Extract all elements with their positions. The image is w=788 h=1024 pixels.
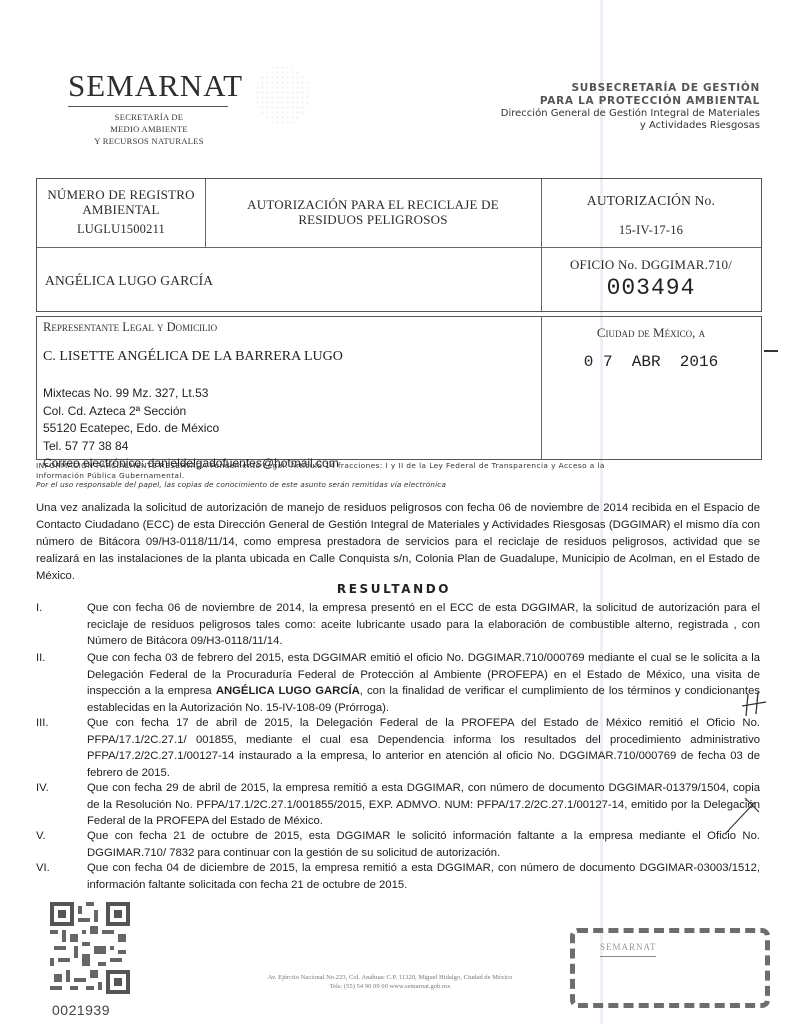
agency-direccion-cont: y Actividades Riesgosas	[501, 120, 760, 132]
resultando-item: VI. Que con fecha 04 de diciembre de 201…	[36, 860, 760, 893]
authorization-label: AUTORIZACIÓN No.	[541, 193, 761, 209]
stamp-label: SEMARNAT	[600, 942, 657, 952]
legal-notice-line: INFORMACIÓN PARCIALMENTE RESERVADA Funda…	[36, 461, 756, 471]
agency-heading: SUBSECRETARÍA DE GESTIÓN PARA LA PROTECC…	[501, 82, 760, 132]
item-text: Que con fecha 06 de noviembre de 2014, l…	[87, 600, 760, 650]
pen-mark	[764, 350, 778, 352]
company-name: ANGÉLICA LUGO GARCÍA	[45, 273, 213, 289]
oficio-label: OFICIO No. DGGIMAR.710/	[541, 257, 761, 273]
paper-notice: Por el uso responsable del papel, las co…	[36, 480, 756, 490]
item-number: IV.	[36, 780, 60, 797]
handwritten-mark-icon	[715, 790, 765, 840]
item-text: Que con fecha 03 de febrero del 2015, es…	[87, 650, 760, 716]
logo-divider	[68, 106, 228, 107]
semarnat-logo: SEMARNAT	[68, 68, 243, 104]
logo-subtitle-line: Y RECURSOS NATURALES	[68, 135, 230, 147]
registry-label-line: NÚMERO DE REGISTRO	[37, 187, 205, 202]
item-text: Que con fecha 21 de octubre de 2015, est…	[87, 828, 760, 861]
handwritten-initial-icon	[740, 690, 770, 720]
address-line: Col. Cd. Azteca 2ª Sección	[43, 403, 339, 421]
footer-address-line: Tels: (55) 54 90 09 00 www.semarnat.gob.…	[200, 982, 580, 991]
agency-direccion: Dirección General de Gestión Integral de…	[501, 108, 760, 120]
item-number: II.	[36, 650, 60, 667]
intro-paragraph: Una vez analizada la solicitud de autori…	[36, 500, 760, 585]
national-seal-icon	[255, 65, 310, 125]
section-title-resultando: RESULTANDO	[0, 582, 788, 596]
item-text: Que con fecha 17 de abril de 2015, la De…	[87, 715, 760, 781]
authorization-number: AUTORIZACIÓN No. 15-IV-17-16	[541, 193, 761, 238]
document-title-line: RESIDUOS PELIGROSOS	[205, 212, 541, 227]
logo-subtitle: SECRETARÍA DE MEDIO AMBIENTE Y RECURSOS …	[68, 111, 230, 147]
resultando-item: IV. Que con fecha 29 de abril de 2015, l…	[36, 780, 760, 830]
official-stamp-icon	[570, 928, 770, 1008]
address-line: Tel. 57 77 38 84	[43, 438, 339, 456]
representative-address: Mixtecas No. 99 Mz. 327, Lt.53 Col. Cd. …	[43, 385, 339, 473]
logo-subtitle-line: SECRETARÍA DE	[68, 111, 230, 123]
document-control-number: 0021939	[52, 1002, 110, 1018]
footer-address-line: Av. Ejército Nacional No.223, Col. Anáhu…	[200, 973, 580, 982]
representative-box: Representante Legal y Domicilio C. LISET…	[36, 316, 762, 460]
company-name-bold: ANGÉLICA LUGO GARCÍA	[216, 685, 360, 697]
registry-number-label: NÚMERO DE REGISTRO AMBIENTAL LUGLU150021…	[37, 187, 205, 237]
authorization-value: 15-IV-17-16	[541, 223, 761, 238]
legal-notice-line: Información Pública Gubernamental.	[36, 471, 756, 481]
item-number: VI.	[36, 860, 60, 877]
legal-notice: INFORMACIÓN PARCIALMENTE RESERVADA Funda…	[36, 461, 756, 490]
address-line: 55120 Ecatepec, Edo. de México	[43, 420, 339, 438]
logo-subtitle-line: MEDIO AMBIENTE	[68, 123, 230, 135]
qr-code-icon[interactable]	[50, 902, 130, 994]
registry-label-line: AMBIENTAL	[37, 202, 205, 217]
document-title: AUTORIZACIÓN PARA EL RECICLAJE DE RESIDU…	[205, 197, 541, 227]
resultando-item: II. Que con fecha 03 de febrero del 2015…	[36, 650, 760, 716]
resultando-item: V. Que con fecha 21 de octubre de 2015, …	[36, 828, 760, 861]
registry-number-value: LUGLU1500211	[37, 222, 205, 237]
item-number: I.	[36, 600, 60, 617]
address-line: Mixtecas No. 99 Mz. 327, Lt.53	[43, 385, 339, 403]
stamp-divider	[600, 956, 656, 957]
resultando-item: I. Que con fecha 06 de noviembre de 2014…	[36, 600, 760, 650]
item-number: V.	[36, 828, 60, 845]
footer-address: Av. Ejército Nacional No.223, Col. Anáhu…	[200, 973, 580, 991]
item-text: Que con fecha 04 de diciembre de 2015, l…	[87, 860, 760, 893]
oficio-number: OFICIO No. DGGIMAR.710/ 003494	[541, 257, 761, 301]
city-label: Ciudad de México, a	[541, 325, 761, 341]
item-number: III.	[36, 715, 60, 732]
document-title-line: AUTORIZACIÓN PARA EL RECICLAJE DE	[205, 197, 541, 212]
item-text: Que con fecha 29 de abril de 2015, la em…	[87, 780, 760, 830]
agency-subsecretaria: SUBSECRETARÍA DE GESTIÓN	[501, 82, 760, 95]
registry-box: NÚMERO DE REGISTRO AMBIENTAL LUGLU150021…	[36, 178, 762, 312]
agency-proteccion: PARA LA PROTECCIÓN AMBIENTAL	[501, 95, 760, 108]
representative-name: C. LISETTE ANGÉLICA DE LA BARRERA LUGO	[43, 349, 343, 365]
oficio-value: 003494	[541, 275, 761, 301]
resultando-item: III. Que con fecha 17 de abril de 2015, …	[36, 715, 760, 781]
issue-date-stamp: 0 7 ABR 2016	[541, 353, 761, 371]
representative-label: Representante Legal y Domicilio	[43, 320, 217, 335]
